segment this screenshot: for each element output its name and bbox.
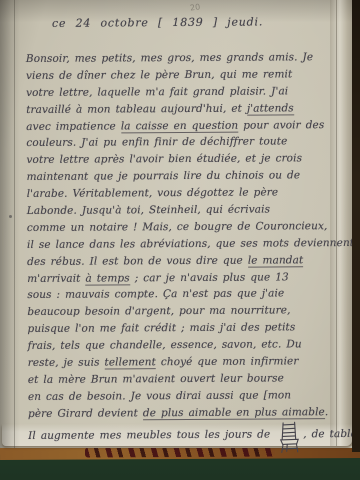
chair-sketch [277, 421, 301, 453]
underlined-word: à temps [85, 272, 129, 285]
letter-line: beaucoup besoin d'argent, pour ma nourri… [27, 302, 343, 321]
letter-line: sous : mauvais compte. Ça n'est pas que … [27, 286, 343, 305]
letter-line: couleurs. J'ai pu enfin finir de déchiff… [26, 133, 342, 152]
underlined-word: la caisse en question [121, 119, 239, 133]
letter-dateline: ce 24 octobre [ 1839 ] jeudi. [52, 15, 302, 30]
ink-speck [9, 215, 12, 218]
letter-line: frais, tels que chandelle, essence, savo… [28, 336, 344, 355]
underlined-word: le mandat [248, 254, 304, 267]
letter-line: m'arrivait à temps ; car je n'avais plus… [27, 269, 343, 288]
letter-line: viens de dîner chez le père Brun, qui me… [26, 66, 342, 85]
underlined-word: j'attends [247, 102, 294, 115]
underlined-word: de plus aimable en plus aimable [143, 406, 325, 420]
marbled-edge-pattern [85, 447, 275, 458]
letter-line: maintenant que je pourrais lire du chino… [27, 167, 343, 186]
letter-line: Bonsoir, mes petits, mes gros, mes grand… [26, 49, 342, 68]
letter-line: il se lance dans les abréviations, que s… [27, 235, 343, 254]
binding-gutter-shadow [0, 0, 20, 448]
letter-line: Il augmente mes meubles tous les jours d… [28, 421, 344, 440]
letter-page: 20 ce 24 octobre [ 1839 ] jeudi. Bonsoir… [0, 0, 354, 448]
letter-line: comme un notaire ! Mais, ce bougre de Co… [27, 218, 343, 237]
underlined-word: tellement [104, 356, 156, 369]
pencil-folio-number: 20 [189, 2, 200, 12]
letter-line: en cas de besoin. Je vous dirai aussi qu… [28, 387, 344, 406]
letter-photograph: 20 ce 24 octobre [ 1839 ] jeudi. Bonsoir… [0, 0, 360, 480]
letter-line: l'arabe. Véritablement, vous dégottez le… [27, 184, 343, 203]
letter-body: Bonsoir, mes petits, mes gros, mes grand… [26, 49, 344, 439]
letter-line: puisque l'on me fait crédit ; mais j'ai … [27, 319, 343, 338]
letter-line: votre lettre après l'avoir bien étudiée,… [26, 150, 342, 169]
letter-line: travaillé à mon tableau aujourd'hui, et … [26, 100, 342, 119]
letter-line: des rébus. Il est bon de vous dire que l… [27, 252, 343, 271]
adjacent-pages-edge [352, 0, 360, 452]
letter-line: reste, je suis tellement choyé que mon i… [28, 353, 344, 372]
letter-line: votre lettre, laquelle m'a fait grand pl… [26, 83, 342, 102]
letter-line: Labonde. Jusqu'à toi, Steinheil, qui écr… [27, 201, 343, 220]
letter-line: et la mère Brun m'avaient ouvert leur bo… [28, 370, 344, 389]
binding-crease [14, 0, 15, 448]
letter-line: avec impatience la caisse en question po… [26, 117, 342, 136]
letter-line: père Girard devient de plus aimable en p… [28, 404, 344, 423]
